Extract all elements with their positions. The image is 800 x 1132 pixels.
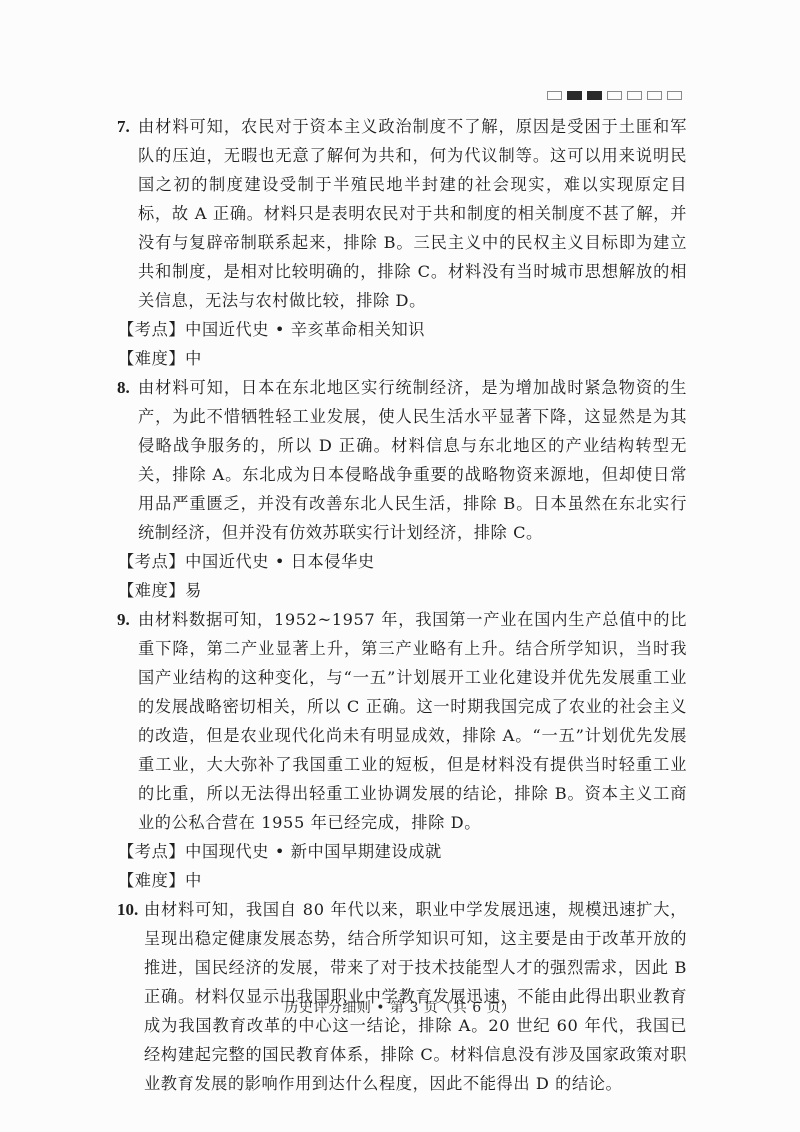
- item-number: 8.: [117, 373, 130, 402]
- kaodian-line: 【考点】中国近代史 • 辛亥革命相关知识: [118, 315, 687, 344]
- page-footer: 历史评分细则 • 第 3 页（共 6 页）: [0, 997, 800, 1017]
- answer-item-9: 9. 由材料数据可知，1952~1957 年，我国第一产业在国内生产总值中的比重…: [117, 605, 687, 837]
- item-explanation: 由材料数据可知，1952~1957 年，我国第一产业在国内生产总值中的比重下降，…: [138, 605, 687, 837]
- kaodian-value: 中国近代史 • 日本侵华史: [185, 552, 375, 571]
- page-indicator-square: [627, 91, 642, 100]
- item-number: 10.: [117, 895, 138, 924]
- nandu-line: 【难度】易: [118, 576, 687, 605]
- nandu-line: 【难度】中: [118, 344, 687, 373]
- kaodian-label: 【考点】: [118, 552, 185, 571]
- item-explanation: 由材料可知，农民对于资本主义政治制度不了解，原因是受困于土匪和军队的压迫，无暇也…: [138, 112, 687, 315]
- page-indicator-square: [667, 91, 682, 100]
- item-number: 9.: [117, 605, 130, 634]
- item-explanation: 由材料可知，日本在东北地区实行统制经济，是为增加战时紧急物资的生产，为此不惜牺牲…: [138, 373, 687, 547]
- nandu-line: 【难度】中: [118, 866, 687, 895]
- page-indicator-square-filled: [567, 91, 582, 100]
- nandu-label: 【难度】: [118, 581, 185, 600]
- nandu-value: 中: [185, 871, 202, 890]
- kaodian-line: 【考点】中国现代史 • 新中国早期建设成就: [118, 837, 687, 866]
- kaodian-label: 【考点】: [118, 320, 185, 339]
- page-indicator-square: [607, 91, 622, 100]
- page-indicator-square: [547, 91, 562, 100]
- kaodian-value: 中国现代史 • 新中国早期建设成就: [185, 842, 442, 861]
- page-indicator: [547, 91, 682, 100]
- item-number: 7.: [117, 112, 130, 141]
- answer-item-8: 8. 由材料可知，日本在东北地区实行统制经济，是为增加战时紧急物资的生产，为此不…: [117, 373, 687, 547]
- kaodian-label: 【考点】: [118, 842, 185, 861]
- answer-item-7: 7. 由材料可知，农民对于资本主义政治制度不了解，原因是受困于土匪和军队的压迫，…: [117, 112, 687, 315]
- page-indicator-square-filled: [587, 91, 602, 100]
- nandu-value: 中: [185, 349, 202, 368]
- nandu-label: 【难度】: [118, 349, 185, 368]
- kaodian-value: 中国近代史 • 辛亥革命相关知识: [185, 320, 425, 339]
- nandu-label: 【难度】: [118, 871, 185, 890]
- page-indicator-square: [647, 91, 662, 100]
- nandu-value: 易: [185, 581, 202, 600]
- answer-explanations: 7. 由材料可知，农民对于资本主义政治制度不了解，原因是受困于土匪和军队的压迫，…: [117, 112, 687, 1098]
- kaodian-line: 【考点】中国近代史 • 日本侵华史: [118, 547, 687, 576]
